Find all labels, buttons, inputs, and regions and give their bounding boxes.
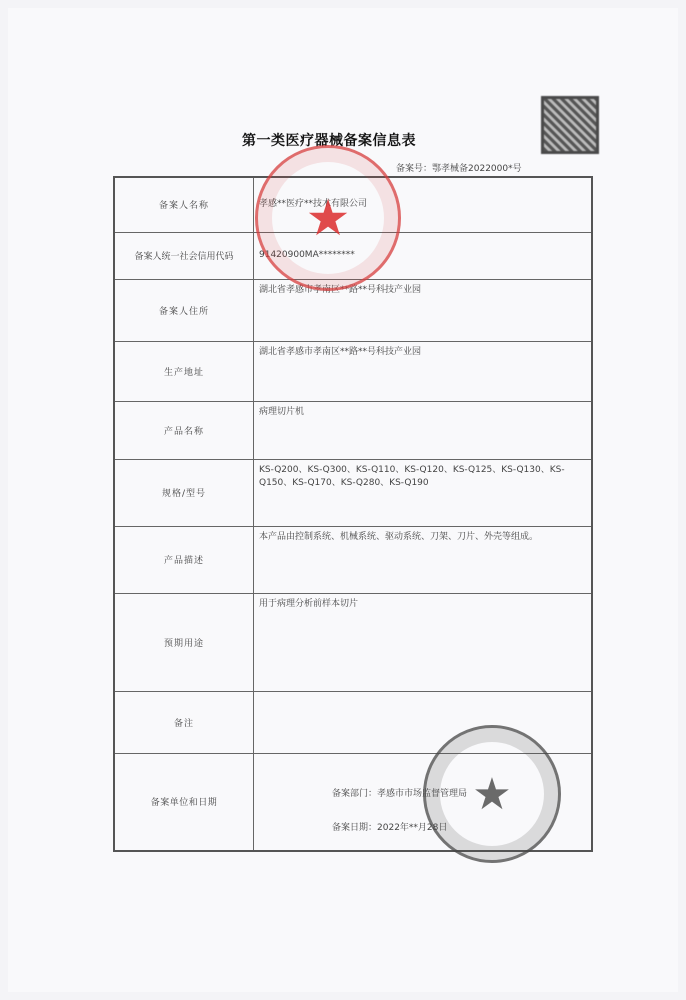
row-value: KS-Q200、KS-Q300、KS-Q110、KS-Q120、KS-Q125、… <box>254 459 593 526</box>
row-value: 用于病理分析前样本切片 <box>254 593 593 691</box>
row-label: 产品名称 <box>114 401 254 459</box>
company-seal: ★ <box>255 145 401 291</box>
row-value: 本产品由控制系统、机械系统、驱动系统、刀架、刀片、外壳等组成。 <box>254 526 593 593</box>
filing-department-label: 备案部门： <box>332 789 377 799</box>
row-label: 备注 <box>114 691 254 753</box>
row-value <box>254 691 593 753</box>
row-value: 湖北省孝感市孝南区**路**号科技产业园 <box>254 341 593 401</box>
row-label: 规格/型号 <box>114 459 254 526</box>
row-value: 湖北省孝感市孝南区**路**号科技产业园 <box>254 279 593 341</box>
star-icon: ★ <box>306 189 351 247</box>
table-row: 备案人住所 湖北省孝感市孝南区**路**号科技产业园 <box>114 279 592 341</box>
table-row: 产品名称 病理切片机 <box>114 401 592 459</box>
row-value: 病理切片机 <box>254 401 593 459</box>
table-row: 产品描述 本产品由控制系统、机械系统、驱动系统、刀架、刀片、外壳等组成。 <box>114 526 592 593</box>
record-number: 备案号：鄂孝械备2022000*号 <box>396 161 522 174</box>
row-label: 预期用途 <box>114 593 254 691</box>
star-icon: ★ <box>472 769 511 820</box>
table-row: 规格/型号 KS-Q200、KS-Q300、KS-Q110、KS-Q120、KS… <box>114 459 592 526</box>
row-label: 生产地址 <box>114 341 254 401</box>
row-label: 备案人住所 <box>114 279 254 341</box>
row-label: 产品描述 <box>114 526 254 593</box>
authority-seal: ★ <box>423 725 561 863</box>
row-label: 备案人名称 <box>114 177 254 232</box>
record-number-label: 备案号： <box>396 164 432 174</box>
row-label: 备案单位和日期 <box>114 753 254 851</box>
table-row: 生产地址 湖北省孝感市孝南区**路**号科技产业园 <box>114 341 592 401</box>
row-label: 备案人统一社会信用代码 <box>114 232 254 279</box>
filing-date-label: 备案日期： <box>332 823 377 833</box>
table-row: 预期用途 用于病理分析前样本切片 <box>114 593 592 691</box>
qr-code-icon <box>541 96 599 154</box>
record-number-value: 鄂孝械备2022000*号 <box>432 164 522 174</box>
